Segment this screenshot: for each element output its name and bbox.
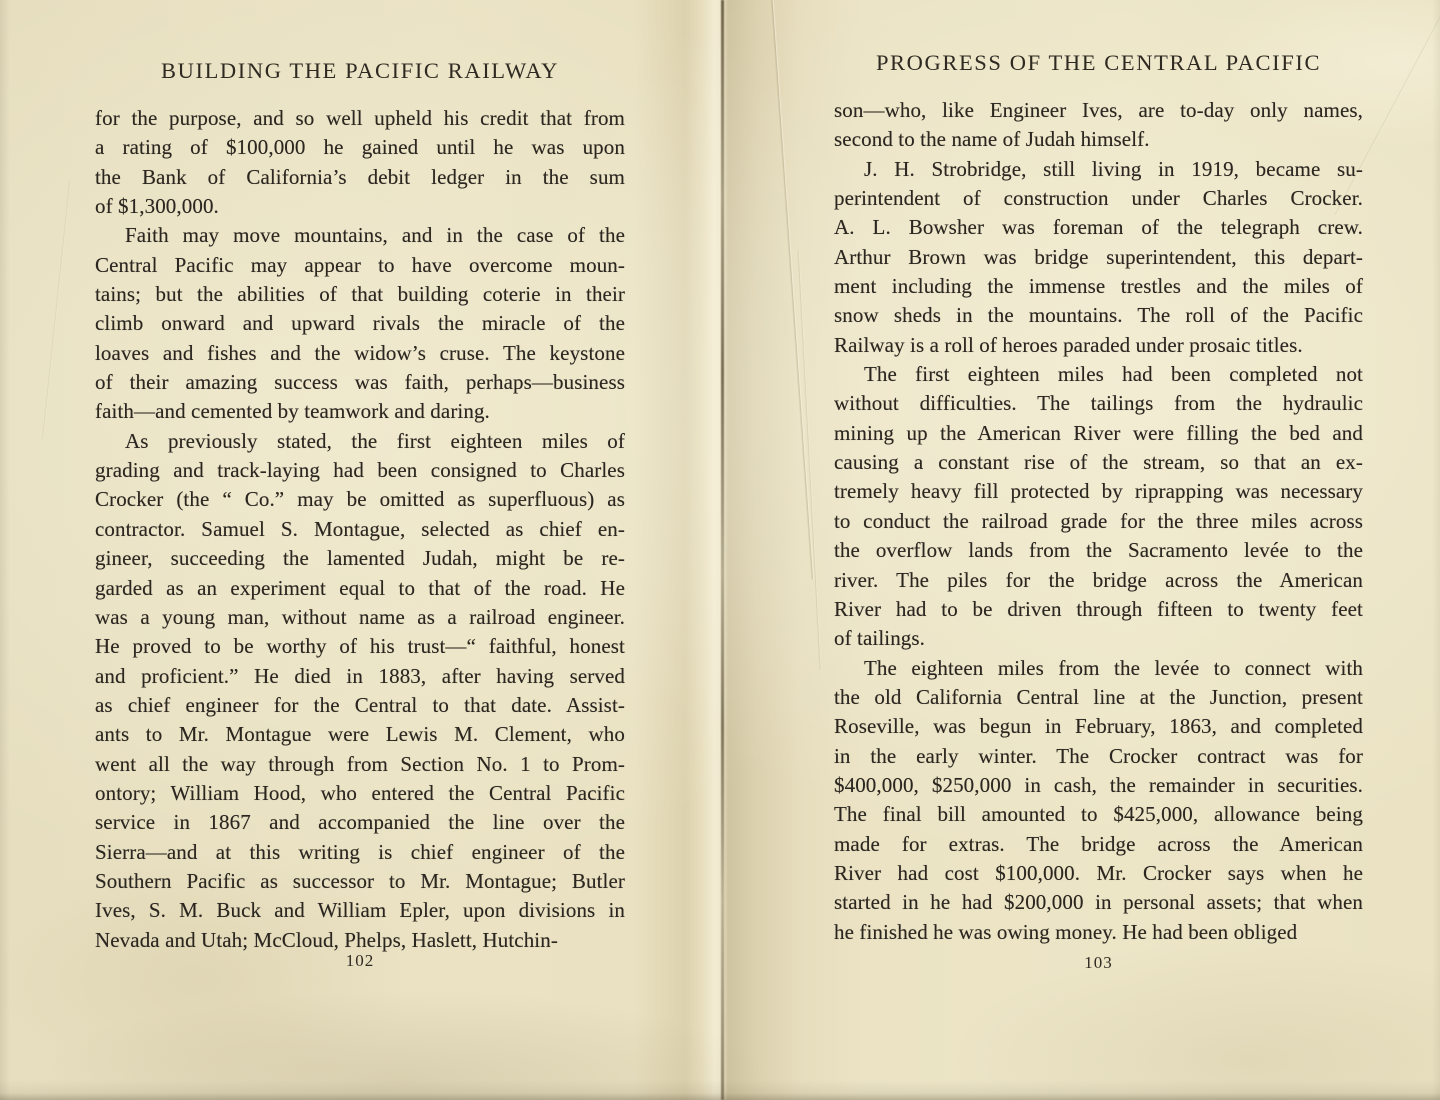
right-page-text-column: son—who, like Engineer Ives, are to-day … [834, 96, 1363, 947]
text-line: to conduct the railroad grade for the th… [834, 507, 1363, 536]
text-line: as chief engineer for the Central to tha… [95, 691, 625, 720]
text-line: A. L. Bowsher was foreman of the telegra… [834, 213, 1363, 242]
text-line: ants to Mr. Montague were Lewis M. Cleme… [95, 720, 625, 749]
text-line: second to the name of Judah himself. [834, 125, 1363, 154]
text-line: he finished he was owing money. He had b… [834, 918, 1363, 947]
text-line: tremely heavy fill protected by riprappi… [834, 477, 1363, 506]
text-line: son—who, like Engineer Ives, are to-day … [834, 96, 1363, 125]
text-line: snow sheds in the mountains. The roll of… [834, 301, 1363, 330]
paragraph: for the purpose, and so well upheld his … [95, 104, 625, 221]
text-line: The eighteen miles from the levée to con… [834, 654, 1363, 683]
text-line: Southern Pacific as successor to Mr. Mon… [95, 867, 625, 896]
text-line: contractor. Samuel S. Montague, selected… [95, 515, 625, 544]
text-line: The first eighteen miles had been comple… [834, 360, 1363, 389]
text-line: of $1,300,000. [95, 192, 625, 221]
text-line: Sierra—and at this writing is chief engi… [95, 838, 625, 867]
text-line: service in 1867 and accompanied the line… [95, 808, 625, 837]
text-line: made for extras. The bridge across the A… [834, 830, 1363, 859]
paragraph: The first eighteen miles had been comple… [834, 360, 1363, 653]
text-line: faith—and cemented by teamwork and darin… [95, 397, 625, 426]
text-line: in the early winter. The Crocker contrac… [834, 742, 1363, 771]
text-line: Ives, S. M. Buck and William Epler, upon… [95, 896, 625, 925]
text-line: J. H. Strobridge, still living in 1919, … [834, 155, 1363, 184]
text-line: went all the way through from Section No… [95, 750, 625, 779]
text-line: was a young man, without name as a railr… [95, 603, 625, 632]
text-line: a rating of $100,000 he gained until he … [95, 133, 625, 162]
text-line: gineer, succeeding the lamented Judah, m… [95, 544, 625, 573]
book-spread: BUILDING THE PACIFIC RAILWAY for the pur… [0, 0, 1440, 1100]
text-line: and proficient.” He died in 1883, after … [95, 662, 625, 691]
text-line: of their amazing success was faith, perh… [95, 368, 625, 397]
left-page-text-column: for the purpose, and so well upheld his … [95, 104, 625, 955]
text-line: Faith may move mountains, and in the cas… [95, 221, 625, 250]
text-line: causing a constant rise of the stream, s… [834, 448, 1363, 477]
running-head-right: PROGRESS OF THE CENTRAL PACIFIC [834, 50, 1363, 76]
text-line: ment including the immense trestles and … [834, 272, 1363, 301]
text-line: the old California Central line at the J… [834, 683, 1363, 712]
running-head-left: BUILDING THE PACIFIC RAILWAY [95, 58, 625, 84]
text-line: mining up the American River were fillin… [834, 419, 1363, 448]
text-line: Central Pacific may appear to have overc… [95, 251, 625, 280]
paragraph: Faith may move mountains, and in the cas… [95, 221, 625, 426]
text-line: climb onward and upward rivals the mirac… [95, 309, 625, 338]
paragraph: J. H. Strobridge, still living in 1919, … [834, 155, 1363, 360]
text-line: Railway is a roll of heroes paraded unde… [834, 331, 1363, 360]
text-line: ontory; William Hood, who entered the Ce… [95, 779, 625, 808]
text-line: river. The piles for the bridge across t… [834, 566, 1363, 595]
text-line: As previously stated, the first eighteen… [95, 427, 625, 456]
text-line: He proved to be worthy of his trust—“ fa… [95, 632, 625, 661]
text-line: tains; but the abilities of that buildin… [95, 280, 625, 309]
paragraph: As previously stated, the first eighteen… [95, 427, 625, 955]
text-line: the overflow lands from the Sacramento l… [834, 536, 1363, 565]
text-line: perintendent of construction under Charl… [834, 184, 1363, 213]
paragraph: The eighteen miles from the levée to con… [834, 654, 1363, 947]
text-line: The final bill amounted to $425,000, all… [834, 800, 1363, 829]
text-line: of tailings. [834, 624, 1363, 653]
text-line: without difficulties. The tailings from … [834, 389, 1363, 418]
text-line: garded as an experiment equal to that of… [95, 574, 625, 603]
page-number-right: 103 [834, 953, 1363, 973]
paragraph: son—who, like Engineer Ives, are to-day … [834, 96, 1363, 155]
right-page: PROGRESS OF THE CENTRAL PACIFIC son—who,… [722, 0, 1440, 1100]
text-line: Crocker (the “ Co.” may be omitted as su… [95, 485, 625, 514]
text-line: $400,000, $250,000 in cash, the remainde… [834, 771, 1363, 800]
text-line: for the purpose, and so well upheld his … [95, 104, 625, 133]
text-line: grading and track-laying had been consig… [95, 456, 625, 485]
left-page: BUILDING THE PACIFIC RAILWAY for the pur… [0, 0, 722, 1100]
text-line: started in he had $200,000 in personal a… [834, 888, 1363, 917]
page-number-left: 102 [95, 951, 625, 971]
text-line: River had cost $100,000. Mr. Crocker say… [834, 859, 1363, 888]
text-line: the Bank of California’s debit ledger in… [95, 163, 625, 192]
text-line: River had to be driven through fifteen t… [834, 595, 1363, 624]
text-line: Arthur Brown was bridge superintendent, … [834, 243, 1363, 272]
text-line: loaves and fishes and the widow’s cruse.… [95, 339, 625, 368]
text-line: Roseville, was begun in February, 1863, … [834, 712, 1363, 741]
